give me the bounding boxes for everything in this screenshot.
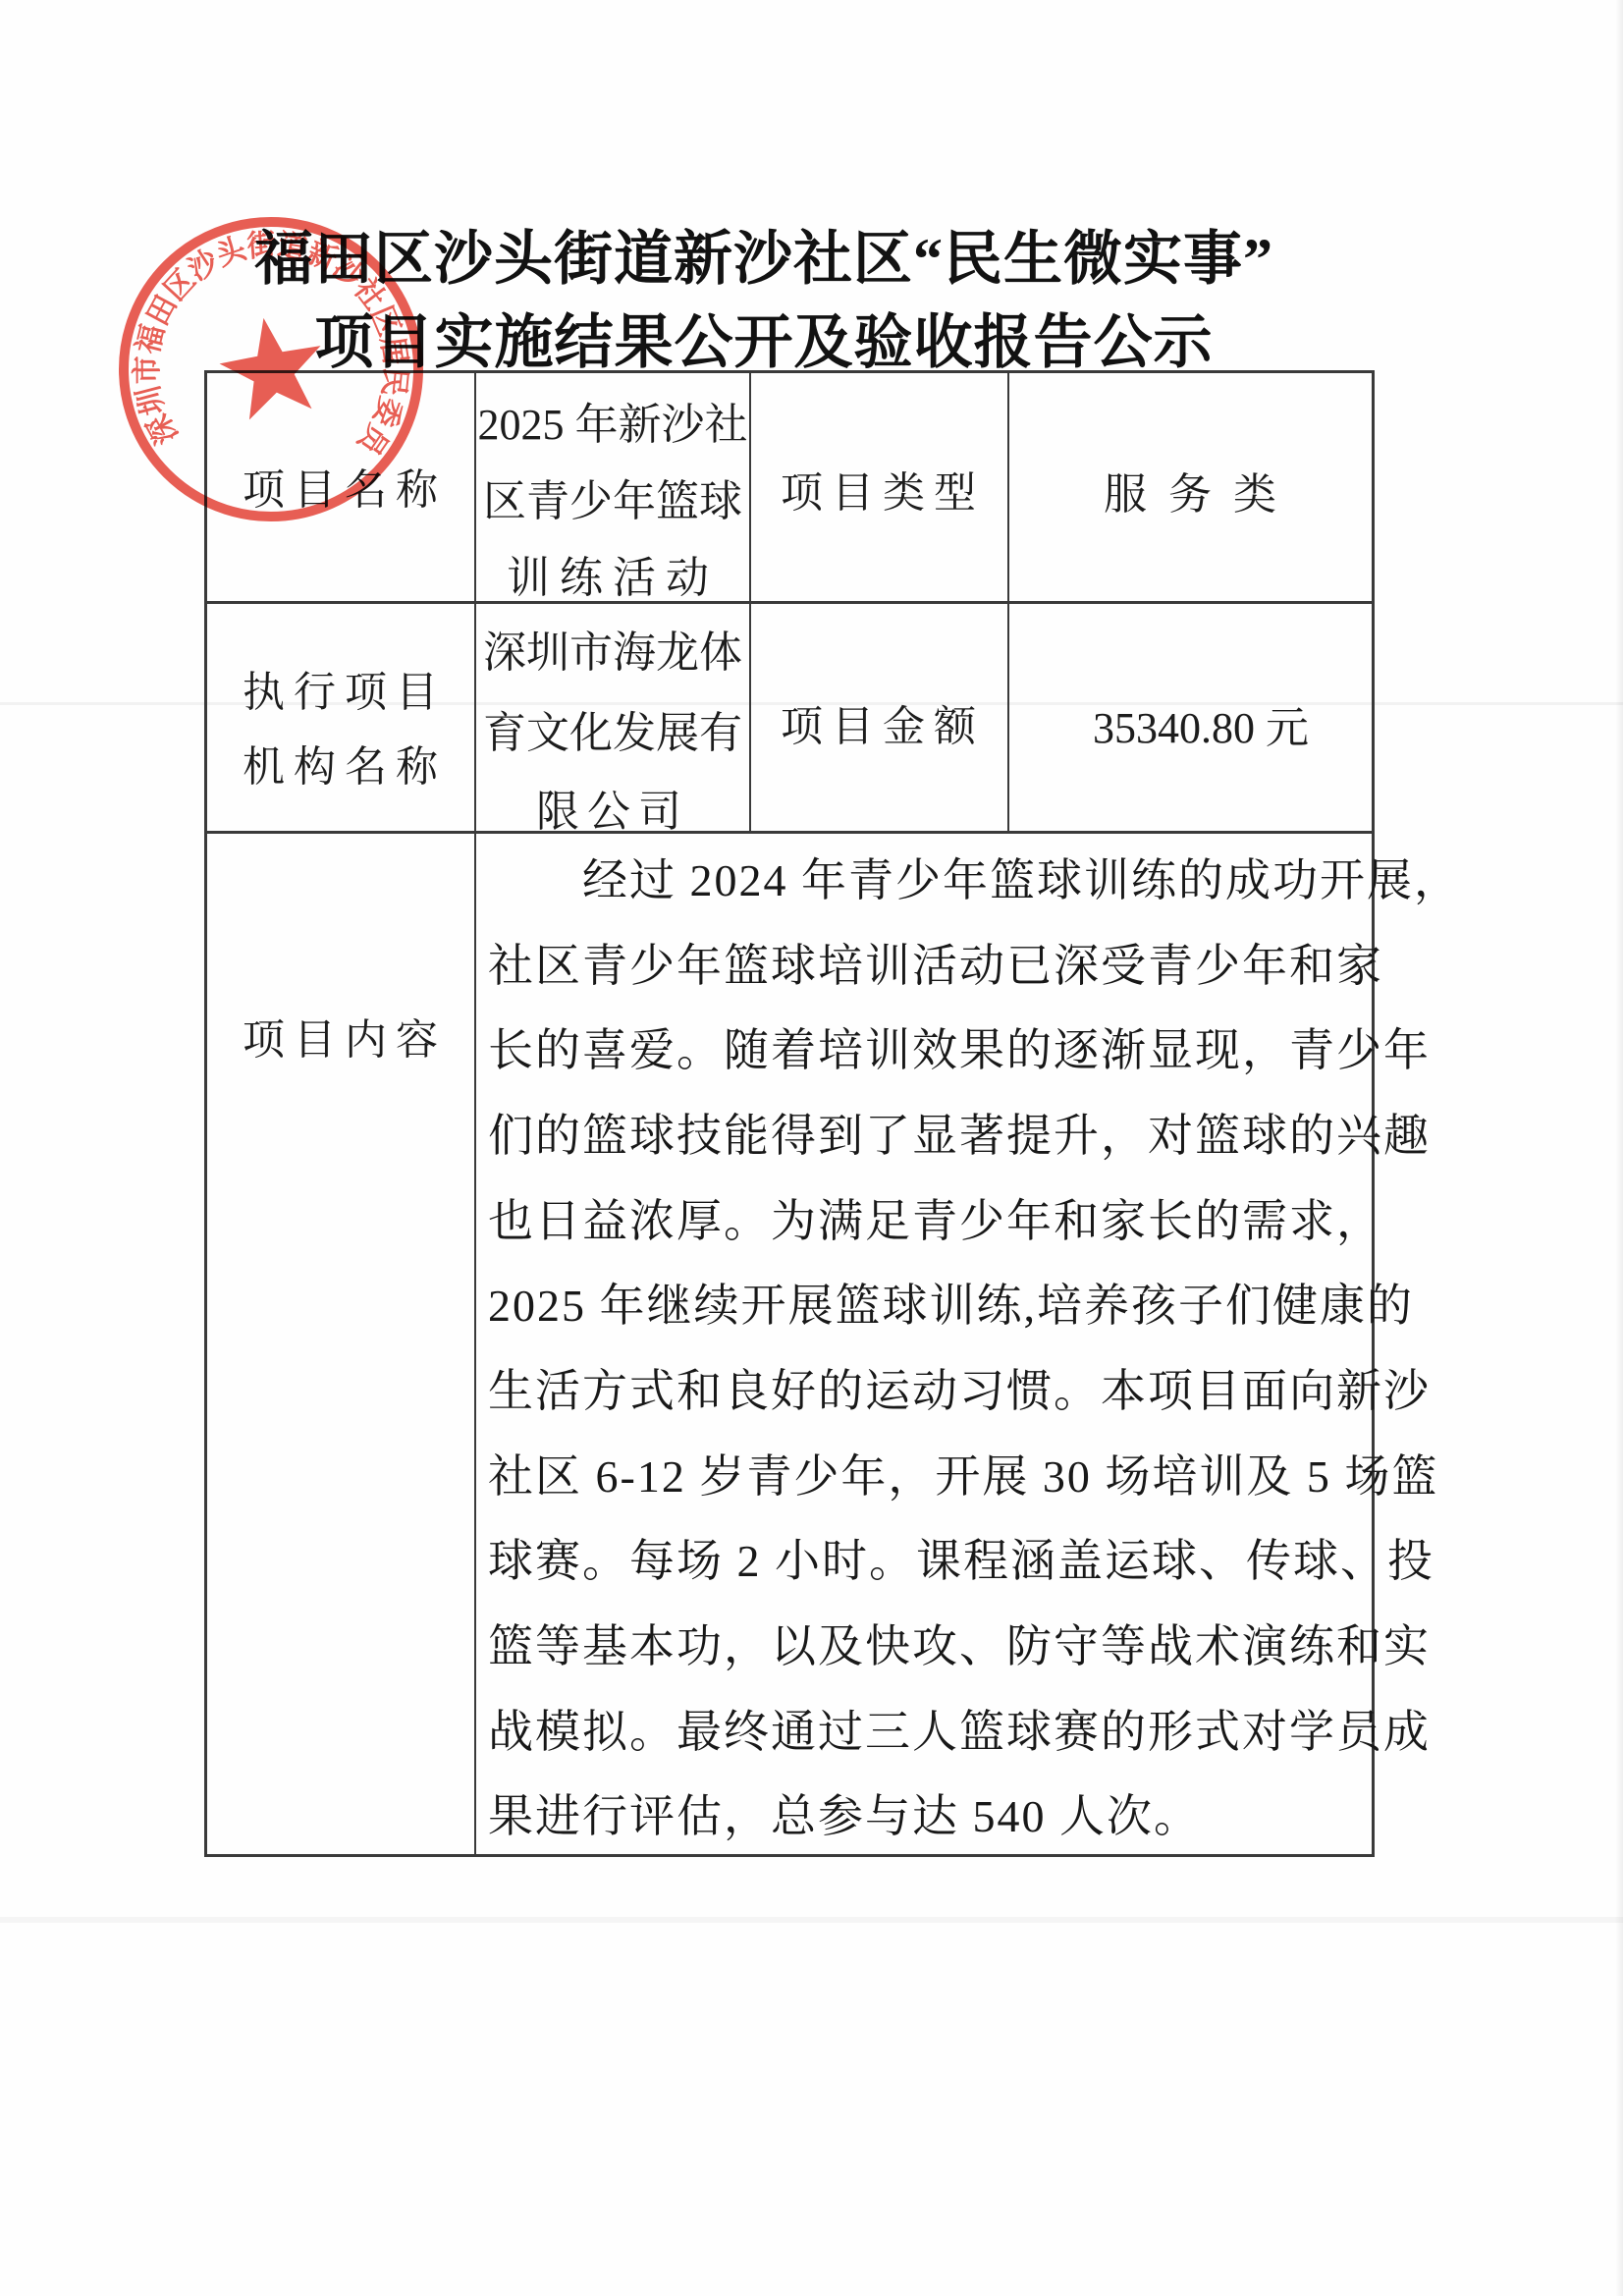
project-name-value-line: 区青少年篮球 xyxy=(483,465,742,528)
project-type-value: 服务类 xyxy=(1104,459,1298,521)
content-line: 经过 2024 年青少年篮球训练的成功开展， xyxy=(582,845,1461,909)
row-divider-1 xyxy=(204,601,1375,604)
project-amount-label: 项目金额 xyxy=(781,694,985,754)
document-title-line-2: 项目实施结果公开及验收报告公示 xyxy=(315,296,1214,380)
content-line: 社区青少年篮球培训活动已深受青少年和家 xyxy=(488,930,1383,995)
project-content-label: 项目内容 xyxy=(243,1008,447,1067)
project-name-value-line: 2025 年新沙社 xyxy=(478,389,748,452)
executing-org-label-line: 机构名称 xyxy=(243,735,447,794)
official-seal: 深圳市福田区沙头街道新沙社区居民委员会 xyxy=(94,192,448,546)
content-line: 球赛。每场 2 小时。课程涵盖运球、传球、投 xyxy=(488,1525,1434,1590)
seal-text: 深圳市福田区沙头街道新沙社区居民委员会 xyxy=(94,192,413,463)
col-divider-2 xyxy=(749,370,751,834)
content-line: 们的篮球技能得到了显著提升，对篮球的兴趣 xyxy=(488,1100,1431,1165)
project-type-label: 项目类型 xyxy=(781,461,985,520)
content-line: 生活方式和良好的运动习惯。本项目面向新沙 xyxy=(488,1355,1431,1420)
executing-org-label-line: 执行项目 xyxy=(243,660,447,720)
col-divider-label xyxy=(474,370,476,1857)
content-line: 长的喜爱。随着培训效果的逐渐显现，青少年 xyxy=(488,1014,1431,1079)
content-line: 也日益浓厚。为满足青少年和家长的需求， xyxy=(488,1185,1383,1250)
row-divider-2 xyxy=(204,831,1375,834)
executing-org-value-line: 育文化发展有 xyxy=(483,697,742,760)
content-line: 果进行评估，总参与达 540 人次。 xyxy=(488,1780,1201,1845)
scanned-document-page: 福田区沙头街道新沙社区“民生微实事” 项目实施结果公开及验收报告公示 项目名称 … xyxy=(0,0,1623,2296)
content-line: 战模拟。最终通过三人篮球赛的形式对学员成 xyxy=(488,1696,1431,1761)
executing-org-value-line: 限公司 xyxy=(536,776,689,839)
content-line: 篮等基本功，以及快攻、防守等战术演练和实 xyxy=(488,1611,1431,1675)
project-name-value-line: 训练活动 xyxy=(507,542,719,605)
table-border-left xyxy=(204,370,207,1857)
col-divider-3 xyxy=(1007,370,1009,834)
star-icon xyxy=(213,309,331,423)
table-border-bottom xyxy=(204,1854,1375,1857)
content-line: 社区 6-12 岁青少年，开展 30 场培训及 5 场篮 xyxy=(488,1441,1438,1505)
project-amount-value: 35340.80 元 xyxy=(1093,692,1309,755)
scan-edge-shadow xyxy=(1615,0,1623,2296)
content-line: 2025 年继续开展篮球训练,培养孩子们健康的 xyxy=(488,1270,1414,1335)
executing-org-value-line: 深圳市海龙体 xyxy=(483,617,742,680)
scan-streak xyxy=(0,1917,1623,1923)
